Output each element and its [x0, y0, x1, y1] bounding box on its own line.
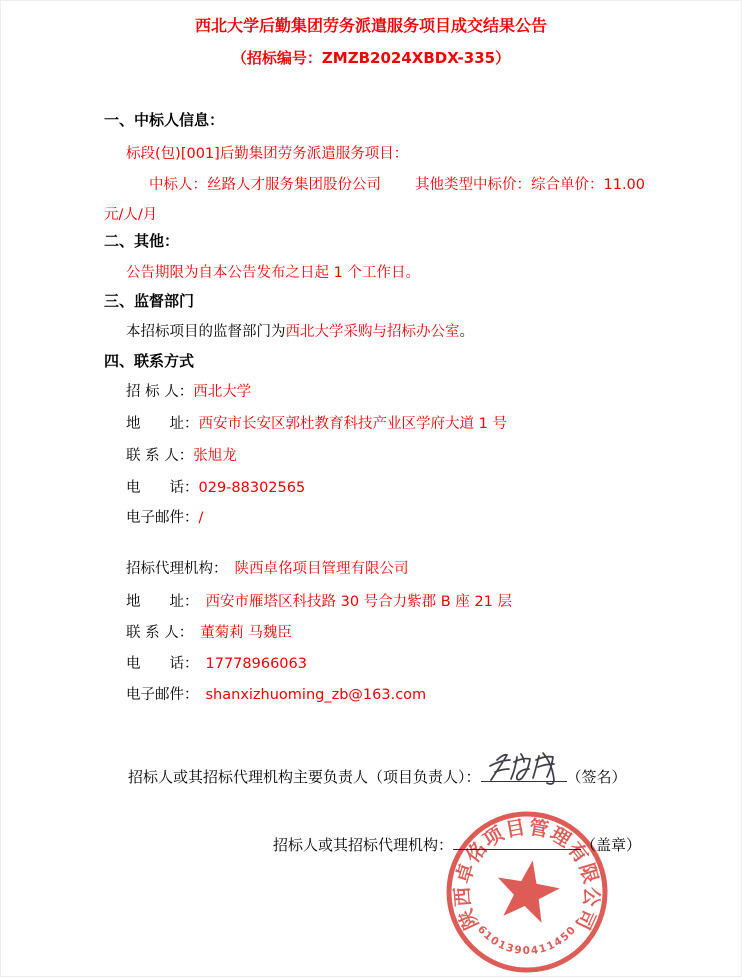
company-seal: 陕西卓佲项目管理有限公司 6101390411450 [442, 807, 612, 977]
price-label: 其他类型中标价： [415, 177, 531, 193]
row-label: 电子邮件： [126, 510, 199, 526]
row-value: 17778966063 [199, 656, 307, 672]
signature-underline [481, 764, 567, 782]
winner-line: 中标人：丝路人才服务集团股份公司其他类型中标价：综合单价：11.00 元/人/月 [104, 170, 652, 230]
announcement-document: 西北大学后勤集团劳务派遣服务项目成交结果公告 （招标编号：ZMZB2024XBD… [0, 0, 742, 977]
tenderer-address-row: 地 址：西安市长安区郭杜教育科技产业区学府大道 1 号 [126, 412, 507, 433]
tenderer-phone-row: 电 话：029-88302565 [126, 476, 305, 497]
tender-number: （招标编号：ZMZB2024XBDX-335） [1, 47, 741, 68]
row-value: 陕西卓佲项目管理有限公司 [228, 561, 409, 577]
row-value: 董菊莉 马魏臣 [193, 625, 292, 641]
agency-phone-row: 电 话：17778966063 [126, 652, 307, 673]
sign-suffix: （签名） [567, 768, 627, 786]
row-value: 西北大学 [193, 384, 251, 400]
principal-label: 招标人或其招标代理机构主要负责人（项目负责人）： [128, 768, 481, 786]
row-value: 西安市雁塔区科技路 30 号合力紫郡 B 座 21 层 [199, 594, 513, 610]
row-value: 张旭龙 [193, 448, 237, 464]
supervision-dept: 西北大学采购与招标办公室 [286, 324, 460, 340]
principal-signature-line: 招标人或其招标代理机构主要负责人（项目负责人）： （签名） [128, 764, 627, 787]
winner-label: 中标人： [149, 177, 207, 193]
row-label: 招标代理机构： [126, 561, 228, 577]
section-4-heading: 四、联系方式 [104, 350, 194, 371]
seal-star [498, 861, 560, 923]
tenderer-contact-row: 联 系 人：张旭龙 [126, 444, 237, 465]
supervision-line: 本招标项目的监督部门为西北大学采购与招标办公室。 [126, 320, 474, 341]
announcement-period-line: 公告期限为自本公告发布之日起 1 个工作日。 [126, 261, 420, 282]
agency-contact-row: 联 系 人：董菊莉 马魏臣 [126, 621, 292, 642]
row-label: 招 标 人： [126, 384, 193, 400]
winner-name: 丝路人才服务集团股份公司 [207, 177, 381, 193]
row-label: 联 系 人： [126, 625, 193, 641]
agency-email-row: 电子邮件：shanxizhuoming_zb@163.com [126, 683, 426, 704]
agency-address-row: 地 址：西安市雁塔区科技路 30 号合力紫郡 B 座 21 层 [126, 590, 512, 611]
row-label: 电 话： [126, 656, 199, 672]
row-value: / [199, 510, 204, 526]
lot-line: 标段(包)[001]后勤集团劳务派遣服务项目： [126, 142, 408, 163]
svg-text:6101390411450: 6101390411450 [475, 923, 579, 957]
section-1-heading: 一、中标人信息： [104, 109, 224, 130]
tenderer-email-row: 电子邮件：/ [126, 506, 203, 527]
tenderer-name-row: 招 标 人：西北大学 [126, 380, 251, 401]
row-label: 地 址： [126, 416, 199, 432]
row-value: 西安市长安区郭杜教育科技产业区学府大道 1 号 [199, 416, 507, 432]
org-label: 招标人或其招标代理机构： [273, 836, 453, 854]
row-label: 电 话： [126, 480, 199, 496]
seal-number: 6101390411450 [475, 923, 579, 957]
row-label: 联 系 人： [126, 448, 193, 464]
row-label: 电子邮件： [126, 687, 199, 703]
row-label: 地 址： [126, 594, 199, 610]
section-2-heading: 二、其他： [104, 230, 179, 251]
page-title: 西北大学后勤集团劳务派遣服务项目成交结果公告 [1, 13, 741, 36]
row-value: 029-88302565 [199, 480, 306, 496]
section-3-heading: 三、监督部门 [104, 290, 194, 311]
row-value: shanxizhuoming_zb@163.com [199, 687, 427, 703]
handwritten-signature [483, 750, 565, 788]
supervision-suffix: 。 [460, 324, 475, 340]
supervision-prefix: 本招标项目的监督部门为 [126, 324, 286, 340]
agency-name-row: 招标代理机构：陕西卓佲项目管理有限公司 [126, 557, 409, 578]
